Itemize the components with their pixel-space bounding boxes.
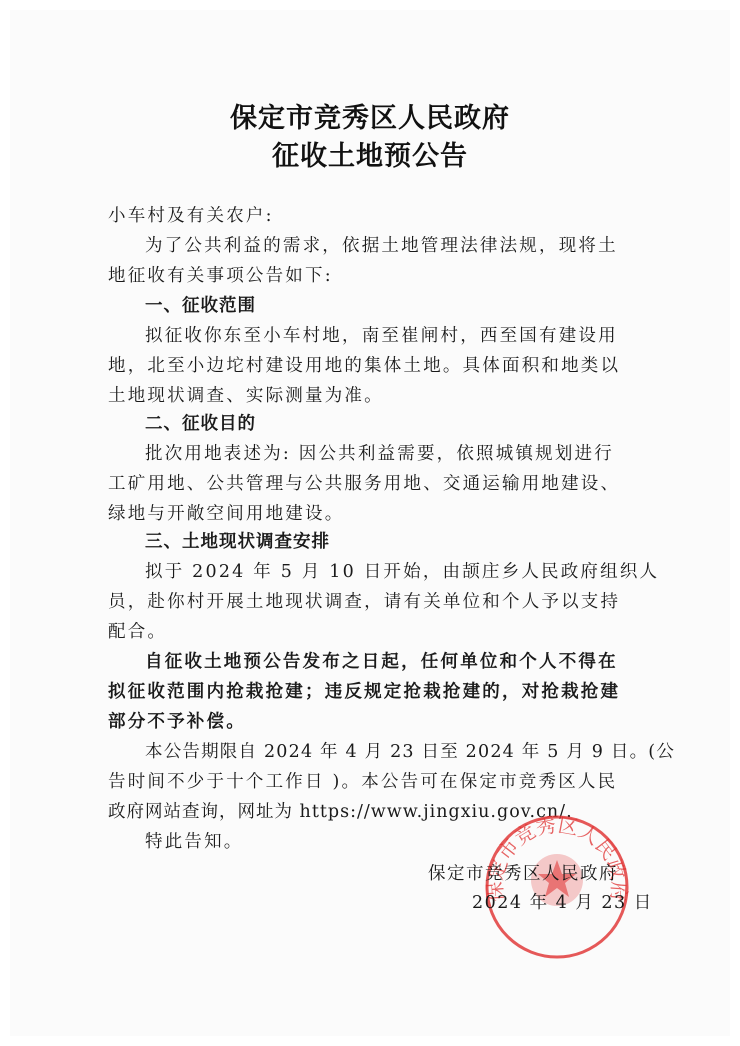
document-title-line2: 征收土地预公告 [0, 134, 740, 173]
section-line: 拟于 2024 年 5 月 10 日开始，由颉庄乡人民政府组织人 [145, 558, 659, 583]
warning-line: 部分不予补偿。 [108, 708, 246, 733]
section-heading-purpose: 二、征收目的 [145, 410, 256, 435]
signature-date: 2024 年 4 月 23 日 [472, 889, 653, 914]
warning-line: 拟征收范围内抢栽抢建；违反规定抢栽抢建的，对抢栽抢建 [108, 678, 620, 703]
section-line: 工矿用地、公共管理与公共服务用地、交通运输用地建设、 [108, 470, 620, 495]
section-line: 员，赴你村开展土地现状调查，请有关单位和个人予以支持 [108, 588, 620, 613]
document-title-line1: 保定市竞秀区人民政府 [0, 96, 740, 135]
section-heading-scope: 一、征收范围 [145, 292, 256, 317]
signature-issuer: 保定市竞秀区人民政府 [428, 860, 618, 885]
section-line: 绿地与开敞空间用地建设。 [108, 500, 344, 525]
intro-line: 为了公共利益的需求，依据土地管理法律法规，现将土 [145, 232, 618, 257]
period-line: 告时间不少于十个工作日 )。本公告可在保定市竞秀区人民 [108, 768, 617, 793]
section-line: 配合。 [108, 618, 167, 643]
section-line: 土地现状调查、实际测量为准。 [108, 382, 384, 407]
section-line: 拟征收你东至小车村地，南至崔闸村，西至国有建设用 [145, 322, 618, 347]
section-heading-survey: 三、土地现状调查安排 [145, 528, 330, 553]
section-line: 地，北至小边坨村建设用地的集体土地。具体面积和地类以 [108, 352, 620, 377]
salutation: 小车村及有关农户: [108, 202, 274, 227]
section-line: 批次用地表述为: 因公共利益需要，依照城镇规划进行 [145, 440, 614, 465]
intro-line: 地征收有关事项公告如下: [108, 262, 333, 287]
warning-line: 自征收土地预公告发布之日起，任何单位和个人不得在 [145, 648, 618, 673]
closing-text: 特此告知。 [145, 828, 244, 853]
period-line: 本公告期限自 2024 年 4 月 23 日至 2024 年 5 月 9 日。(… [145, 738, 675, 763]
official-seal-icon: 保定市竞秀区人民政府 [482, 812, 632, 962]
